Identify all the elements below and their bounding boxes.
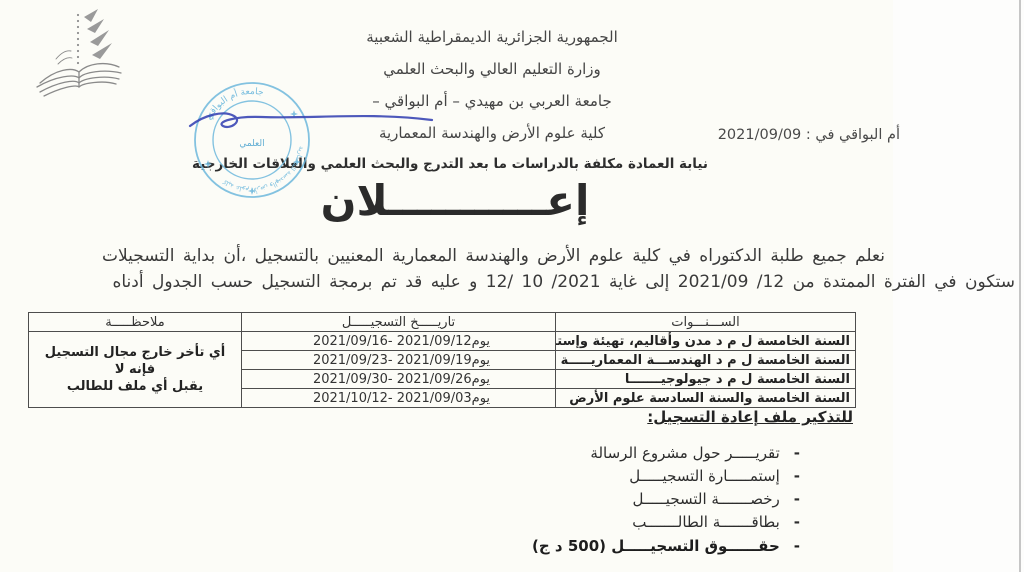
day-word: يوم [472,391,490,406]
date-cell: يوم2021/09/30- 2021/09/26 [242,370,556,389]
letterhead-ministry: وزارة التعليم العالي والبحث العلمي [192,60,792,78]
university-logo [28,3,132,111]
date-cell: يوم2021/10/12- 2021/09/03 [242,389,556,408]
dash-bullet: - [794,513,800,531]
list-item-text: رخصـــــــة التسجيـــــل [632,490,779,508]
note-cell: أي تأخر خارج مجال التسجيل فإنه لا يقبل أ… [29,332,242,408]
letterhead-republic: الجمهورية الجزائرية الديمقراطية الشعبية [192,28,792,46]
years-cell: السنة الخامسة ل م د جيولوجيـــــــا [556,370,856,389]
list-item: -رخصـــــــة التسجيـــــل [632,490,800,508]
dash-bullet: - [794,537,800,555]
list-item-text: إستمـــــارة التسجيـــــل [629,467,780,485]
date-cell: يوم2021/09/23- 2021/09/19 [242,351,556,370]
body-line-2-mid: إلى غاية [609,272,669,292]
page-title: إعـــــــــــلان [155,176,755,225]
body-line-2-pre: ستكون في الفترة الممتدة من [793,272,1015,292]
table-header-row: الســـنـــوات تاريـــــخ التسجيـــــل مل… [29,313,856,332]
logo-dotted-spine [77,14,79,64]
day-word: يوم [472,334,490,349]
date-range: 2021/09/30- 2021/09/26 [313,372,472,387]
column-header-note: ملاحظـــــة [29,313,242,332]
list-item: -إستمـــــارة التسجيـــــل [629,467,800,485]
years-cell: السنة الخامسة ل م د الهندســـة المعماريـ… [556,351,856,370]
date-cell: يوم2021/09/16- 2021/09/12 [242,332,556,351]
dash-bullet: - [794,467,800,485]
years-cell: السنة الخامسة ل م د مدن وأقاليم، تهيئة و… [556,332,856,351]
column-header-date: تاريـــــخ التسجيـــــل [242,313,556,332]
list-item: -بطاقـــــــة الطالـــــــب [632,513,800,531]
body-line-2-post: و عليه قد تم برمجة التسجيل حسب الجدول أد… [112,272,477,292]
letterhead-university: جامعة العربي بن مهيدي – أم البواقي – [192,92,792,110]
column-header-years: الســـنـــوات [556,313,856,332]
reminder-section-title: للتذكير ملف إعادة التسجيل: [647,408,853,426]
announcement-page: أم البواقي في : 2021/09/09 الجمهورية الج… [0,0,1024,572]
dash-bullet: - [794,490,800,508]
table-row: السنة الخامسة ل م د مدن وأقاليم، تهيئة و… [29,332,856,351]
day-word: يوم [472,372,490,387]
dash-bullet: - [794,444,800,462]
date-range: 2021/09/16- 2021/09/12 [313,334,472,349]
body-line-1: نعلم جميع طلبة الدكتوراه في كلية علوم ال… [102,246,885,266]
list-item-text: بطاقـــــــة الطالـــــــب [632,513,779,531]
list-item-text: حقــــــوق التسجيـــــل (500 د ج) [532,537,780,555]
list-item: -حقــــــوق التسجيـــــل (500 د ج) [532,537,800,555]
body-end-date: 12/ 10 /2021 [486,272,601,292]
date-range: 2021/10/12- 2021/09/03 [313,391,472,406]
body-start-date: 2021/09 /12 [678,272,784,292]
note-line-2: يقبل أي ملف للطالب [34,378,236,395]
date-range: 2021/09/23- 2021/09/19 [313,353,472,368]
note-line-1: أي تأخر خارج مجال التسجيل فإنه لا [34,344,236,378]
letterhead-faculty: كلية علوم الأرض والهندسة المعمارية [192,124,792,142]
years-cell: السنة الخامسة والسنة السادسة علوم الأرض [556,389,856,408]
body-line-2: ستكون في الفترة الممتدة من 2021/09 /12 إ… [112,272,1015,292]
scan-page-edge [1019,0,1021,572]
day-word: يوم [472,353,490,368]
issue-place-label: أم البواقي في : [806,127,900,143]
list-item: -تقريـــــر حول مشروع الرسالة [590,444,800,462]
registration-schedule-table: الســـنـــوات تاريـــــخ التسجيـــــل مل… [28,312,856,408]
list-item-text: تقريـــــر حول مشروع الرسالة [590,444,779,462]
letterhead-vice-deanship: نيابة العمادة مكلفة بالدراسات ما بعد الت… [150,156,750,172]
